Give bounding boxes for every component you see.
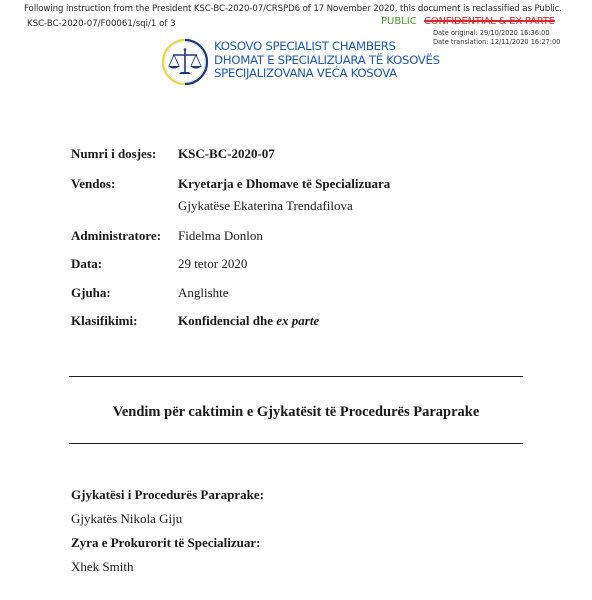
classification-value: Konfidencial dhe ex parte [178,313,319,329]
date-original: Date original: 29/10/2020 16:36:00 [433,29,550,37]
date-label: Data: [71,256,102,272]
reclassification-notice: Following instruction from the President… [24,4,562,14]
pretrial-judge-name: Gjykatës Nikola Giju [71,511,182,527]
title-rule-bottom [69,443,523,444]
classification-public: PUBLIC [381,16,417,27]
registrar-label: Administratore: [71,228,161,244]
decided-by-judge: Gjykatëse Ekaterina Trendafilova [178,198,353,214]
institution-name-sr: SPECIJALIZOVANA VEĆA KOSOVA [214,67,440,81]
prosecutor-office-label: Zyra e Prokurorit të Specializuar: [71,535,260,551]
prosecutor-name: Xhek Smith [71,559,133,575]
case-number-label: Numri i dosjes: [71,146,156,162]
document-title: Vendim për caktimin e Gjykatësit të Proc… [69,404,523,421]
date-value: 29 tetor 2020 [178,256,247,272]
title-rule-top [69,376,523,377]
language-label: Gjuha: [71,285,111,301]
date-translation: Date translation: 12/11/2020 16:27:00 [433,38,560,46]
institution-name-sq: DHOMAT E SPECIALIZUARA TË KOSOVËS [214,54,440,68]
decided-by-label: Vendos: [71,176,115,192]
language-value: Anglishte [178,285,229,301]
institution-name: KOSOVO SPECIALIST CHAMBERS DHOMAT E SPEC… [214,40,440,81]
classification-value-italic: ex parte [276,313,319,328]
classification-value-bold: Konfidencial dhe [178,313,276,328]
classification-old-struck: CONFIDENTIAL & EX PARTE [424,16,555,27]
case-number-value: KSC-BC-2020-07 [178,146,275,162]
scales-of-justice-icon [161,38,209,86]
institution-name-en: KOSOVO SPECIALIST CHAMBERS [214,40,440,54]
registrar-value: Fidelma Donlon [178,228,263,244]
decided-by-value: Kryetarja e Dhomave të Specializuara [178,176,390,192]
filing-reference: KSC-BC-2020-07/F00061/sqi/1 of 3 [27,19,176,29]
pretrial-judge-label: Gjykatësi i Procedurës Paraprake: [71,487,264,503]
classification-label: Klasifikimi: [71,313,137,329]
